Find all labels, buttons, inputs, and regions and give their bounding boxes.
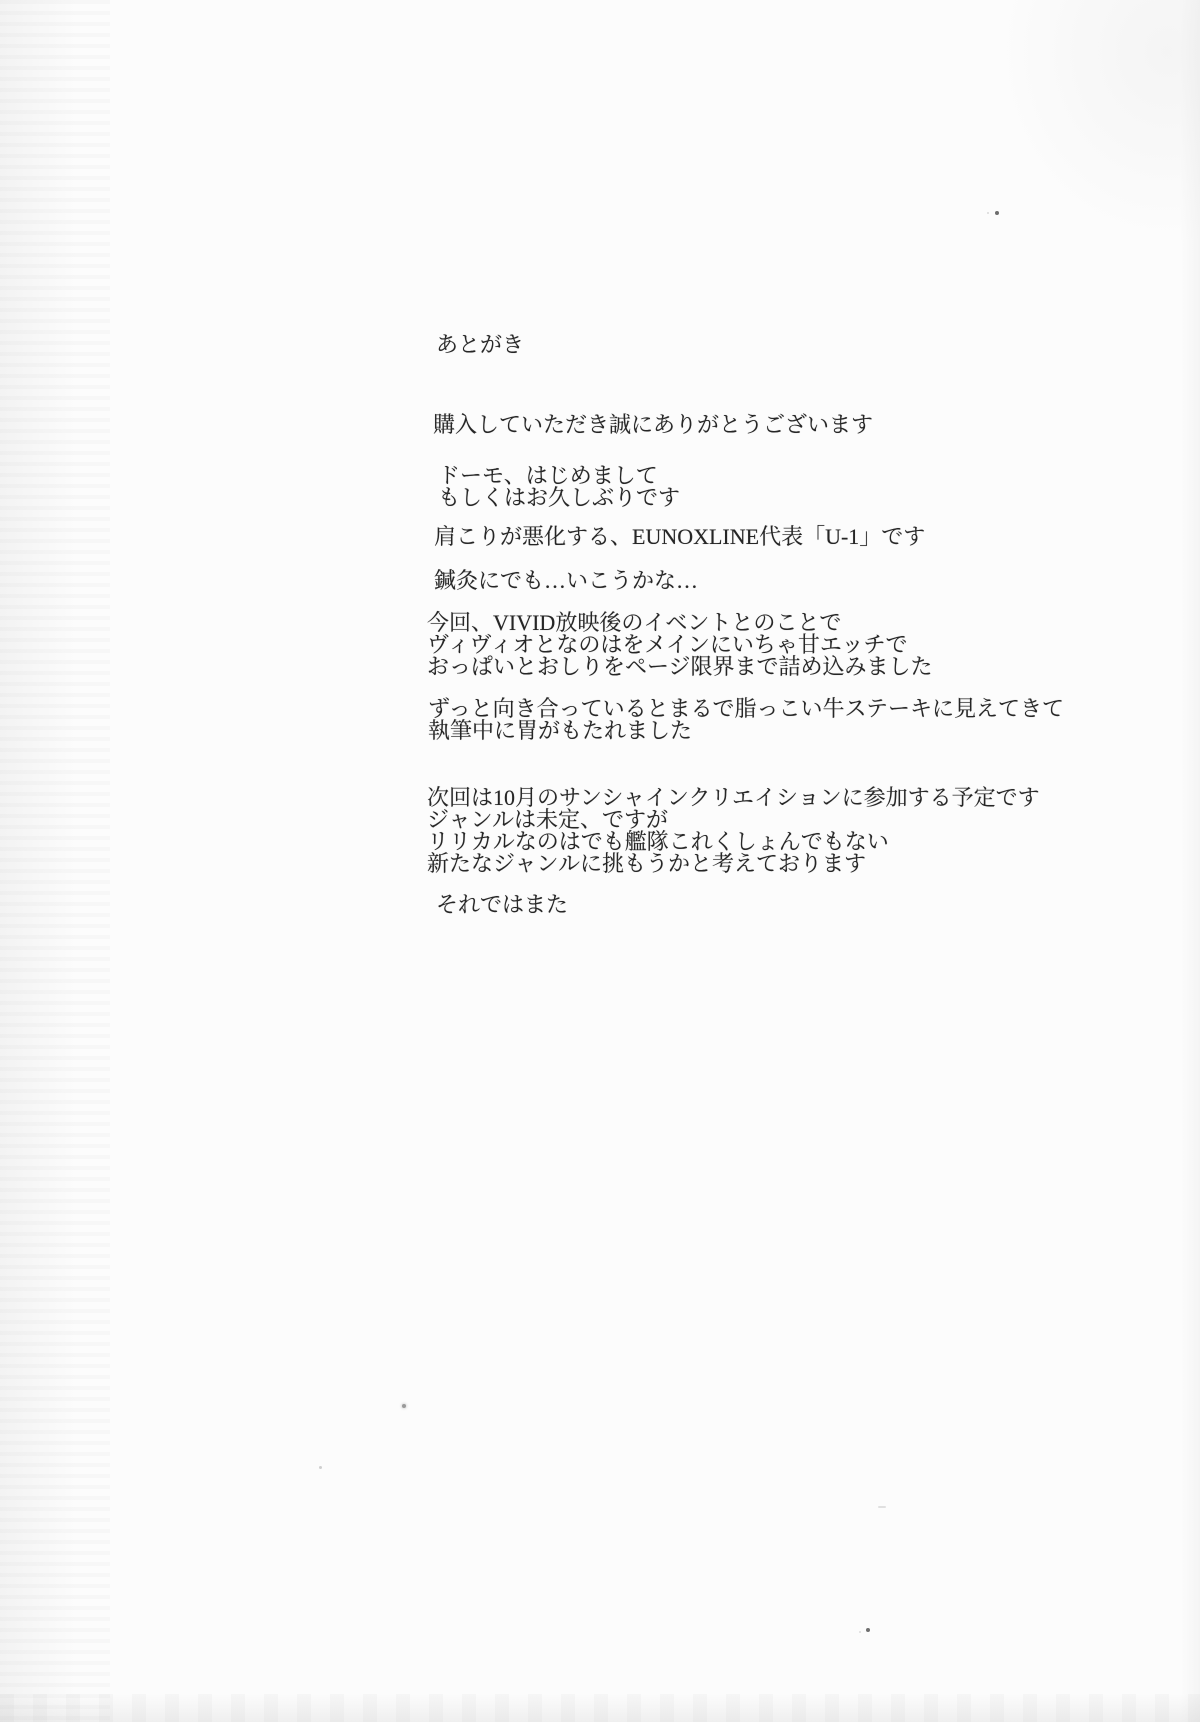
text-line: あとがき xyxy=(436,334,524,356)
paragraph-book-content: 今回、VIVID放映後のイベントとのことで ヴィヴィオとなのはをメインにいちゃ甘… xyxy=(427,612,933,678)
text-line: それではまた xyxy=(436,894,568,916)
paragraph-acupuncture: 鍼灸にでも…いこうかな… xyxy=(434,570,698,592)
text-line: ジャンルは未定、ですが xyxy=(427,809,1040,831)
afterword-title: あとがき xyxy=(436,334,524,356)
paragraph-next-event: 次回は10月のサンシャインクリエイションに参加する予定です ジャンルは未定、です… xyxy=(427,787,1040,875)
text-line: 購入していただき誠にありがとうございます xyxy=(433,414,873,436)
text-line: 新たなジャンルに挑もうかと考えております xyxy=(427,853,1040,875)
paragraph-introduction: 肩こりが悪化する、EUNOXLINE代表「U-1」です xyxy=(434,526,925,548)
scan-noise-left-edge xyxy=(0,0,110,1722)
text-line: ずっと向き合っているとまるで脂っこい牛ステーキに見えてきて xyxy=(428,698,1064,720)
text-line: 鍼灸にでも…いこうかな… xyxy=(434,570,698,592)
dust-speck xyxy=(402,1404,406,1408)
scan-smudge-top-right xyxy=(980,0,1200,260)
text-line: 肩こりが悪化する、EUNOXLINE代表「U-1」です xyxy=(434,526,925,548)
text-line: ドーモ、はじめまして xyxy=(438,465,680,487)
text-line: 今回、VIVID放映後のイベントとのことで xyxy=(427,612,933,634)
paragraph-steak: ずっと向き合っているとまるで脂っこい牛ステーキに見えてきて 執筆中に胃がもたれま… xyxy=(428,698,1064,742)
paragraph-greeting: ドーモ、はじめまして もしくはお久しぶりです xyxy=(438,465,680,509)
text-line: リリカルなのはでも艦隊これくしょんでもない xyxy=(427,831,1040,853)
scan-noise-bottom-edge xyxy=(0,1694,1200,1722)
dust-speck xyxy=(319,1466,322,1469)
text-line: おっぱいとおしりをページ限界まで詰め込みました xyxy=(427,656,933,678)
dust-speck xyxy=(995,211,999,215)
text-line: 次回は10月のサンシャインクリエイションに参加する予定です xyxy=(427,787,1040,809)
text-line: ヴィヴィオとなのはをメインにいちゃ甘エッチで xyxy=(427,634,933,656)
paragraph-thanks: 購入していただき誠にありがとうございます xyxy=(433,414,873,436)
text-line: 執筆中に胃がもたれました xyxy=(428,720,1064,742)
scanned-afterword-page: あとがき 購入していただき誠にありがとうございます ドーモ、はじめまして もしく… xyxy=(0,0,1200,1722)
scan-noise-right-edge xyxy=(1180,0,1200,1722)
text-line: もしくはお久しぶりです xyxy=(438,487,680,509)
dust-speck xyxy=(878,1506,886,1508)
dust-speck xyxy=(866,1628,870,1632)
paragraph-closing: それではまた xyxy=(436,894,568,916)
